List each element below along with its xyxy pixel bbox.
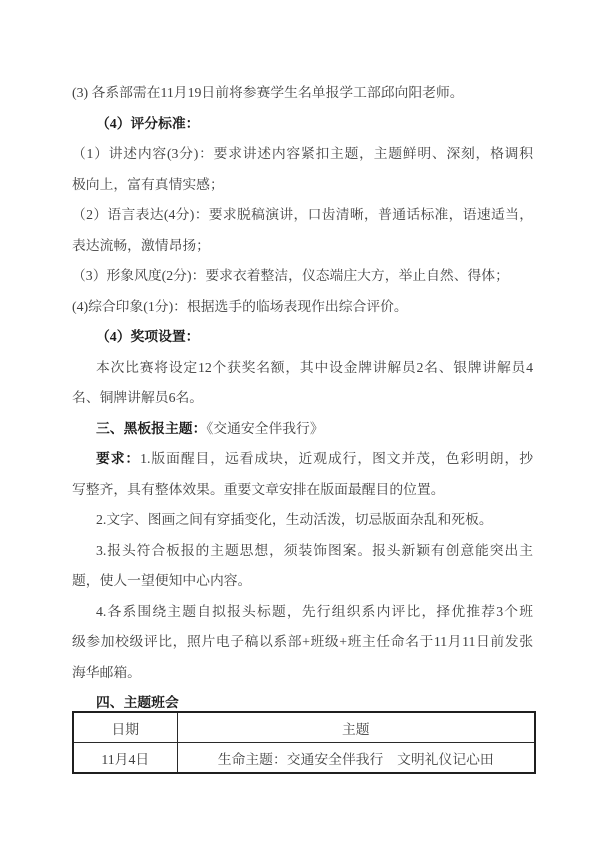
text-line: 3.报头符合板报的主题思想，须装饰图案。报头新颖有创意能突出主 [72,536,533,567]
text-line: 本次比赛将设定12个获奖名额，其中设金牌讲解员2名、银牌讲解员4 [72,353,533,384]
text-line: 极向上，富有真情实感； [72,170,533,201]
body-text: 题，使人一望便知中心内容。 [72,573,251,588]
body-text: 2.文字、图画之间有穿插变化，生动活泼，切忌版面杂乱和死板。 [96,512,493,527]
body-text: 海华邮箱。 [72,665,141,680]
body-text: 《交通安全伴我行》 [206,421,323,436]
body-text: 3.报头符合板报的主题思想，须装饰图案。报头新颖有创意能突出主 [96,543,533,558]
heading-text: 要求： [96,451,140,466]
body-text: 本次比赛将设定12个获奖名额，其中设金牌讲解员2名、银牌讲解员4 [96,360,533,375]
topic-table: 日期 主题 11月4日 生命主题：交通安全伴我行 文明礼仪记心田 [72,711,536,774]
document-page: (3) 各系部需在11月19日前将参赛学生名单报学工部邱向阳老师。（4）评分标准… [0,0,600,848]
text-line: 海华邮箱。 [72,658,533,689]
body-text: 表达流畅，激情昂扬； [72,238,210,253]
text-line: 表达流畅，激情昂扬； [72,231,533,262]
table-header-topic: 主题 [177,712,535,743]
document-body: (3) 各系部需在11月19日前将参赛学生名单报学工部邱向阳老师。（4）评分标准… [72,78,533,719]
text-line: 2.文字、图画之间有穿插变化，生动活泼，切忌版面杂乱和死板。 [72,505,533,536]
heading-text: 四、主题班会 [96,695,179,710]
body-text: （2）语言表达(4分)：要求脱稿演讲，口齿清晰，普通话标准，语速适当， [72,207,533,222]
table-header-date: 日期 [73,712,177,743]
body-text: 4.各系围绕主题自拟报头标题，先行组织系内评比，择优推荐3个班 [96,604,533,619]
body-text: (3) 各系部需在11月19日前将参赛学生名单报学工部邱向阳老师。 [72,85,464,100]
body-text: 级参加校级评比，照片电子稿以系部+班级+班主任命名于11月11日前发张 [72,634,533,649]
text-line: （3）形象风度(2分)：要求衣着整洁，仪态端庄大方，举止自然、得体； [72,261,533,292]
text-line: 4.各系围绕主题自拟报头标题，先行组织系内评比，择优推荐3个班 [72,597,533,628]
text-line: 要求：1.版面醒目，远看成块，近观成行，图文并茂，色彩明朗，抄 [72,444,533,475]
body-text: （1）讲述内容(3分)：要求讲述内容紧扣主题，主题鲜明、深刻，格调积 [72,146,533,161]
body-text: 1.版面醒目，远看成块，近观成行，图文并茂，色彩明朗，抄 [140,451,533,466]
heading-text: 三、黑板报主题： [96,421,206,436]
table-cell-topic: 生命主题：交通安全伴我行 文明礼仪记心田 [177,743,535,774]
text-line: 名、铜牌讲解员6名。 [72,383,533,414]
body-text: （3）形象风度(2分)：要求衣着整洁，仪态端庄大方，举止自然、得体； [72,268,509,283]
body-text: 名、铜牌讲解员6名。 [72,390,203,405]
heading-text: （4）奖项设置： [96,329,199,344]
text-line: （4）奖项设置： [72,322,533,353]
table-cell-date: 11月4日 [73,743,177,774]
text-line: 级参加校级评比，照片电子稿以系部+班级+班主任命名于11月11日前发张 [72,627,533,658]
text-line: （2）语言表达(4分)：要求脱稿演讲，口齿清晰，普通话标准，语速适当， [72,200,533,231]
text-line: (4)综合印象(1分)：根据选手的临场表现作出综合评价。 [72,292,533,323]
body-text: 写整齐，具有整体效果。重要文章安排在版面最醒目的位置。 [72,482,445,497]
body-text: 极向上，富有真情实感； [72,177,224,192]
text-line: 题，使人一望便知中心内容。 [72,566,533,597]
text-line: (3) 各系部需在11月19日前将参赛学生名单报学工部邱向阳老师。 [72,78,533,109]
text-line: （1）讲述内容(3分)：要求讲述内容紧扣主题，主题鲜明、深刻，格调积 [72,139,533,170]
text-line: （4）评分标准： [72,109,533,140]
text-line: 三、黑板报主题：《交通安全伴我行》 [72,414,533,445]
body-text: (4)综合印象(1分)：根据选手的临场表现作出综合评价。 [72,299,408,314]
heading-text: （4）评分标准： [96,116,199,131]
table-header-row: 日期 主题 [73,712,535,743]
table-row: 11月4日 生命主题：交通安全伴我行 文明礼仪记心田 [73,743,535,774]
text-line: 写整齐，具有整体效果。重要文章安排在版面最醒目的位置。 [72,475,533,506]
